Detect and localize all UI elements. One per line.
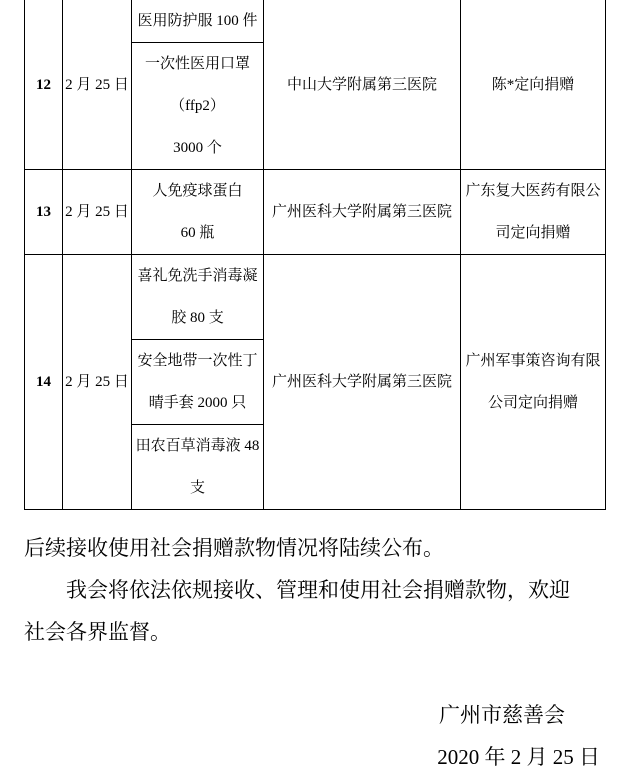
table-row: 12 2 月 25 日 医用防护服 100 件 中山大学附属第三医院 陈*定向捐… — [25, 0, 606, 43]
serial-cell: 14 — [25, 255, 63, 510]
donor-cell: 广东复大医药有限公 司定向捐赠 — [461, 170, 606, 255]
recipient-cell: 中山大学附属第三医院 — [264, 0, 461, 170]
item-cell: 安全地带一次性丁 晴手套 2000 只 — [132, 340, 264, 425]
item-cell: 人免疫球蛋白 60 瓶 — [132, 170, 264, 255]
item-cell: 医用防护服 100 件 — [132, 0, 264, 43]
serial-cell: 12 — [25, 0, 63, 170]
donor-cell: 广州军事策咨询有限 公司定向捐赠 — [461, 255, 606, 510]
recipient-cell: 广州医科大学附属第三医院 — [264, 170, 461, 255]
date-text: 2 月 25 日 — [63, 318, 131, 446]
item-cell: 田农百草消毒液 48 支 — [132, 425, 264, 510]
date-cell: 2 月 25 日 — [63, 170, 132, 255]
donor-cell: 陈*定向捐赠 — [461, 0, 606, 170]
closing-paragraphs: 后续接收使用社会捐赠款物情况将陆续公布。 我会将依法依规接收、管理和使用社会捐赠… — [24, 527, 606, 653]
table-row: 13 2 月 25 日 人免疫球蛋白 60 瓶 广州医科大学附属第三医院 广东复… — [25, 170, 606, 255]
item-cell: 一次性医用口罩 （ffp2） 3000 个 — [132, 43, 264, 170]
signature-org: 广州市慈善会 — [0, 694, 624, 736]
donor-text: 广州军事策咨询有限 公司定向捐赠 — [461, 318, 605, 446]
paragraph-commitment: 我会将依法依规接收、管理和使用社会捐赠款物，欢迎 社会各界监督。 — [24, 569, 606, 653]
document-page: 12 2 月 25 日 医用防护服 100 件 中山大学附属第三医院 陈*定向捐… — [0, 0, 624, 770]
recipient-text: 广州医科大学附属第三医院 — [264, 318, 460, 446]
item-cell: 喜礼免洗手消毒凝 胶 80 支 — [132, 255, 264, 340]
recipient-cell: 广州医科大学附属第三医院 — [264, 255, 461, 510]
date-cell: 2 月 25 日 — [63, 0, 132, 170]
date-cell: 2 月 25 日 — [63, 255, 132, 510]
signature-date: 2020 年 2 月 25 日 — [0, 736, 624, 770]
paragraph-followup: 后续接收使用社会捐赠款物情况将陆续公布。 — [24, 527, 606, 569]
donation-table: 12 2 月 25 日 医用防护服 100 件 中山大学附属第三医院 陈*定向捐… — [24, 0, 606, 510]
serial-text: 14 — [25, 318, 62, 446]
serial-cell: 13 — [25, 170, 63, 255]
table-row: 14 2 月 25 日 喜礼免洗手消毒凝 胶 80 支 广州医科大学附属第三医院… — [25, 255, 606, 340]
